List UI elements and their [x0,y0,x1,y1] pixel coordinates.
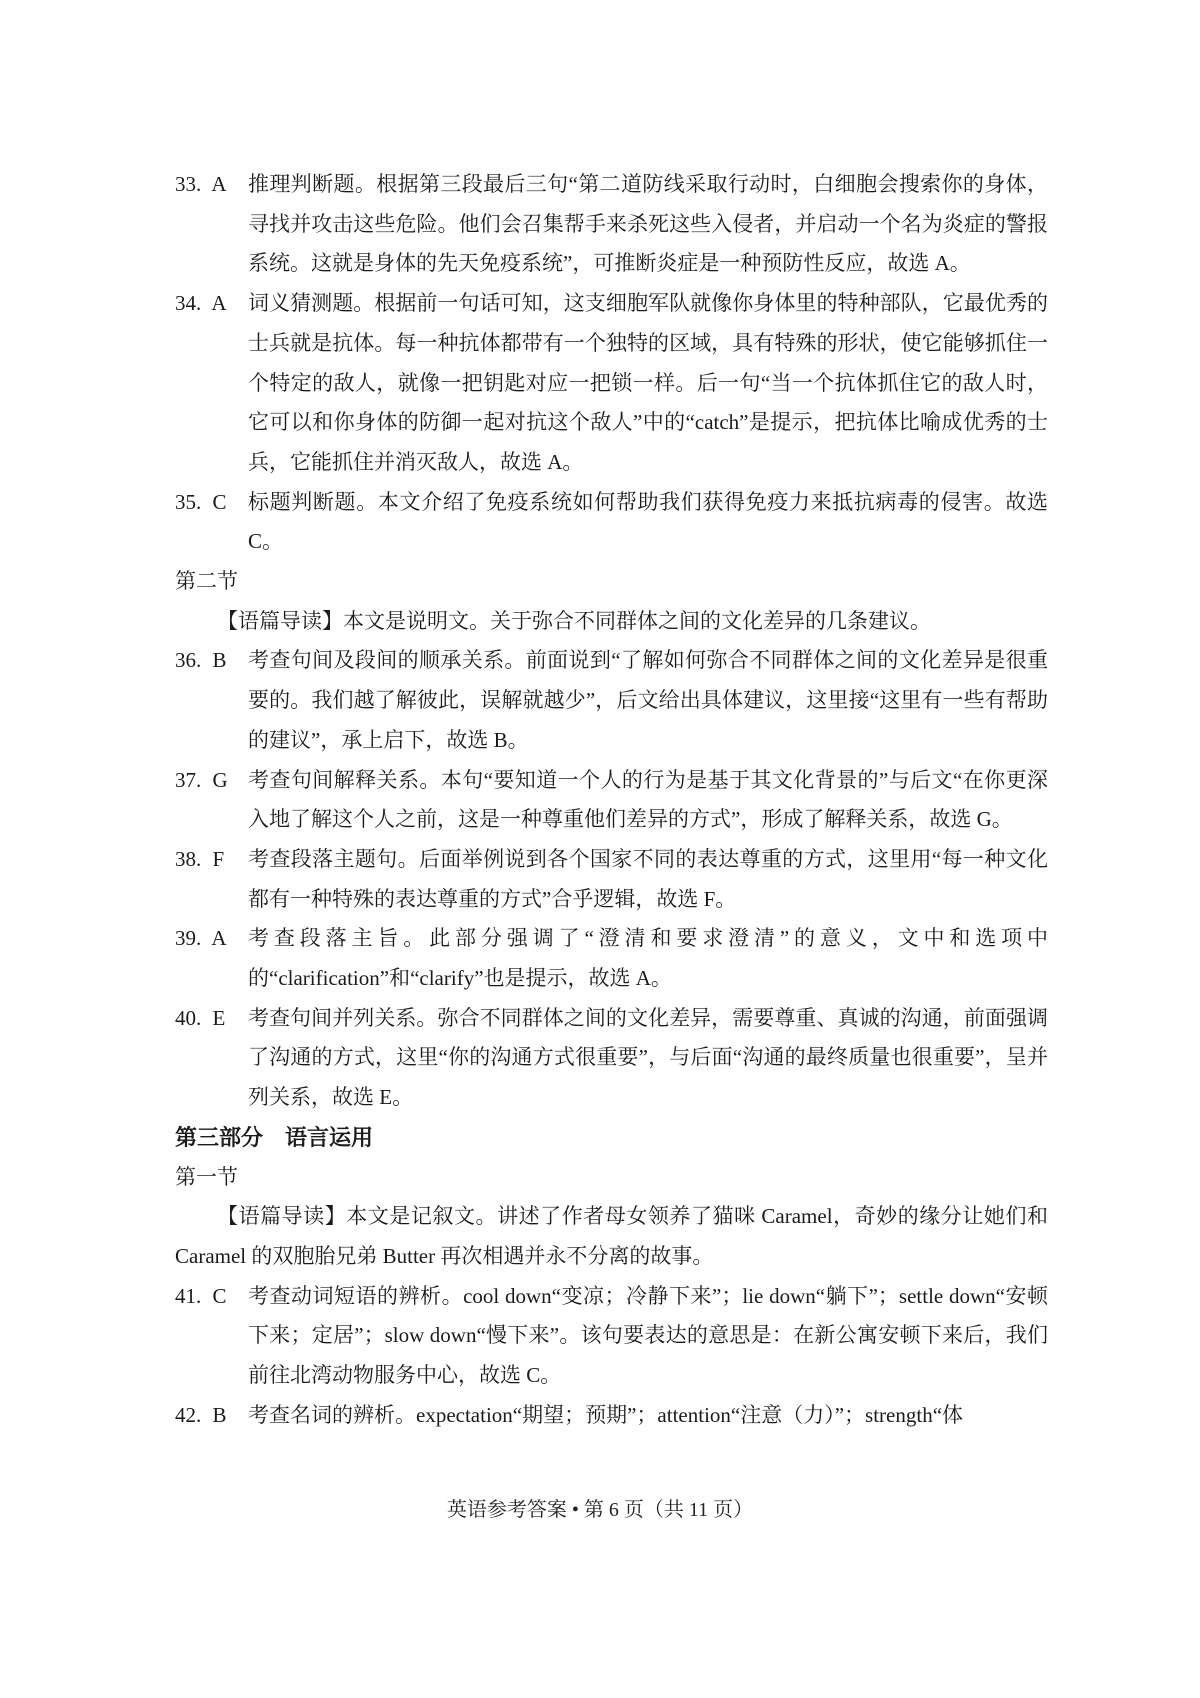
answer-key-content: 33. A 推理判断题。根据第三段最后三句“第二道防线采取行动时，白细胞会搜索你… [175,165,1048,1436]
answer-text-40: 考查句间并列关系。弥合不同群体之间的文化差异，需要尊重、真诚的沟通，前面强调了沟… [248,1006,1048,1109]
answer-item-37: 37. G 考查句间解释关系。本句“要知道一个人的行为是基于其文化背景的”与后文… [175,761,1048,840]
answer-number-34: 34. A [175,284,248,324]
answer-text-36: 考查句间及段间的顺承关系。前面说到“了解如何弥合不同群体之间的文化差异是很重要的… [248,648,1048,751]
answer-item-41: 41. C 考查动词短语的辨析。cool down“变凉；冷静下来”；lie d… [175,1277,1048,1396]
answer-item-40: 40. E 考查句间并列关系。弥合不同群体之间的文化差异，需要尊重、真诚的沟通，… [175,999,1048,1118]
passage-guide-part2: 【语篇导读】本文是说明文。关于弥合不同群体之间的文化差异的几条建议。 [175,602,1048,642]
page-footer: 英语参考答案 • 第 6 页（共 11 页） [0,1496,1200,1524]
answer-number-41: 41. C [175,1277,248,1317]
answer-number-33: 33. A [175,165,248,205]
passage-guide-part3: 【语篇导读】本文是记叙文。讲述了作者母女领养了猫咪 Caramel，奇妙的缘分让… [175,1197,1048,1276]
answer-text-42: 考查名词的辨析。expectation“期望；预期”；attention“注意（… [248,1403,963,1427]
answer-item-39: 39. A 考查段落主旨。此部分强调了“澄清和要求澄清”的意义，文中和选项中的“… [175,919,1048,998]
answer-number-42: 42. B [175,1396,248,1436]
answer-number-38: 38. F [175,840,248,880]
answer-item-35: 35. C 标题判断题。本文介绍了免疫系统如何帮助我们获得免疫力来抵抗病毒的侵害… [175,483,1048,562]
answer-text-38: 考查段落主题句。后面举例说到各个国家不同的表达尊重的方式，这里用“每一种文化都有… [248,847,1048,911]
answer-item-34: 34. A 词义猜测题。根据前一句话可知，这支细胞军队就像你身体里的特种部队，它… [175,284,1048,483]
answer-text-33: 推理判断题。根据第三段最后三句“第二道防线采取行动时，白细胞会搜索你的身体，寻找… [248,172,1048,275]
answer-number-40: 40. E [175,999,248,1039]
answer-text-41: 考查动词短语的辨析。cool down“变凉；冷静下来”；lie down“躺下… [248,1284,1048,1387]
answer-item-42: 42. B 考查名词的辨析。expectation“期望；预期”；attenti… [175,1396,1048,1436]
answer-number-36: 36. B [175,641,248,681]
answer-item-33: 33. A 推理判断题。根据第三段最后三句“第二道防线采取行动时，白细胞会搜索你… [175,165,1048,284]
answer-number-35: 35. C [175,483,248,523]
exam-answer-page: 33. A 推理判断题。根据第三段最后三句“第二道防线采取行动时，白细胞会搜索你… [0,0,1200,1698]
answer-text-37: 考查句间解释关系。本句“要知道一个人的行为是基于其文化背景的”与后文“在你更深入… [248,768,1048,832]
answer-number-39: 39. A [175,919,248,959]
answer-text-34: 词义猜测题。根据前一句话可知，这支细胞军队就像你身体里的特种部队，它最优秀的士兵… [248,291,1048,474]
answer-text-35: 标题判断题。本文介绍了免疫系统如何帮助我们获得免疫力来抵抗病毒的侵害。故选 C。 [248,490,1048,554]
section-heading-part3-1: 第一节 [175,1158,1048,1198]
answer-number-37: 37. G [175,761,248,801]
answer-text-39: 考查段落主旨。此部分强调了“澄清和要求澄清”的意义，文中和选项中的“clarif… [248,926,1048,990]
answer-item-36: 36. B 考查句间及段间的顺承关系。前面说到“了解如何弥合不同群体之间的文化差… [175,641,1048,760]
section-heading-part2: 第二节 [175,562,1048,602]
answer-item-38: 38. F 考查段落主题句。后面举例说到各个国家不同的表达尊重的方式，这里用“每… [175,840,1048,919]
part-heading-3: 第三部分 语言运用 [175,1118,1048,1158]
